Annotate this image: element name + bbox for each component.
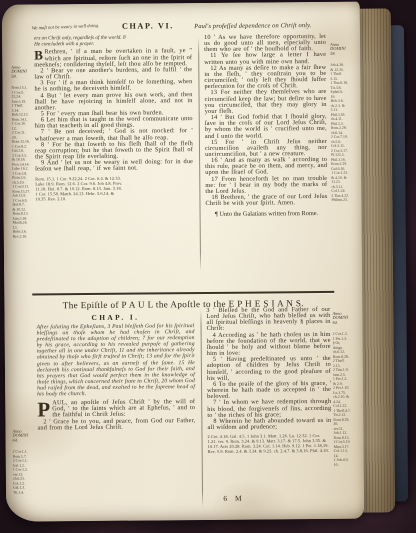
verse-text: Rethren, ' if a man be overtaken in a fa… — [34, 48, 192, 69]
verse-text: AUL, an apoſtle of Jeſus Chriſt ' by the… — [52, 398, 195, 419]
ephesians-right-column: 3 ' Bleſſed be the God and Father of our… — [206, 307, 331, 454]
verse: 17 From henceforth let no man trouble me… — [205, 176, 327, 196]
anno-domini-label: Anno DOMINI 64. — [332, 311, 359, 326]
epistle-colophon: ¶ Unto the Galatians written from Rome. — [206, 210, 328, 218]
running-head-summary: Paul's profeſſed dependence on Chriſt on… — [182, 22, 324, 30]
margin-references: Rom.15.1. 1 Cor.9. 22,24. Jam.5.19. 1 Th… — [11, 86, 34, 239]
anno-domini-label: Anno DOMINI 58. — [330, 42, 357, 57]
running-head-chapter: CHAP. VI. — [122, 21, 174, 30]
verse: 4 According as ' he hath choſen us in hi… — [207, 332, 331, 358]
section-rule — [32, 291, 334, 296]
verse: 2 ' Grace be to you, and peace, from God… — [37, 418, 195, 432]
chapter-argument-tail: ers on Chriſt only, regardleſs of the wo… — [34, 35, 192, 48]
anno-domini-label: Anno DOMINI 64. — [12, 429, 35, 444]
margin-references: Joh.4.36. & 12.35. 1 Theſſ. 5.15. 1 Tim.… — [330, 63, 358, 203]
running-head-left: We muſt not be weary in well doing. — [32, 24, 118, 32]
verse: 9 And ' let us not be weary in well doin… — [35, 159, 193, 173]
ephesians-right-margin: Anno DOMINI 64. 2 Cor.1.3. 1 Pet.1.3. § … — [332, 307, 360, 472]
verse: 13 For neither they themſelves who are c… — [204, 89, 326, 115]
verse: 6 To the praiſe of the glory of his grac… — [207, 381, 331, 401]
verse: 5 ' Having predeſtinated us unto ' the a… — [207, 356, 331, 382]
verse: 12 As many as deſire to make a fair ſhew… — [204, 65, 326, 91]
margin-references: 2 Cor.1.3. 1 Pet.1.3. § Or, things. ch.6… — [333, 332, 361, 467]
galatians-right-column: 10 ' As we have therefore opportunity, l… — [204, 34, 328, 225]
bible-page: We muſt not be weary in well doing. CHAP… — [2, 2, 364, 522]
drop-cap: P — [37, 400, 52, 417]
verse: 16 ' And as many as walk ' according to … — [205, 157, 327, 177]
running-head: We muſt not be weary in well doing. CHAP… — [32, 20, 324, 32]
chapter-heading: CHAP. I. — [36, 312, 194, 322]
photo-scene: We muſt not be weary in well doing. CHAP… — [0, 0, 416, 533]
footnote-references: Rom. 15.1. 1 Cor. 9.22,24. 2 Cor. 6.4. &… — [35, 175, 193, 201]
column-divider — [198, 37, 201, 271]
anno-domini-label: Anno DOMINI 58. — [11, 65, 33, 80]
verse: 8 Wherein he hath abounded toward us in … — [207, 418, 331, 431]
verse: 15 For ' in Chriſt Jeſus neither circumc… — [205, 139, 327, 159]
drop-cap: B — [34, 50, 44, 62]
verse: 4 But ' let every man prove his own work… — [35, 92, 193, 112]
verse: 7 ' In whom we have redemption through h… — [207, 399, 331, 419]
galatians-left-column: ers on Chriſt only, regardleſs of the wo… — [34, 35, 193, 201]
ephesians-left-margin: Anno DOMINI 64. 2 Cor.1.1. Rom.1.7. 2 Co… — [12, 424, 36, 499]
chapter-argument: After ſaluting the Epheſians, 3 Paul ble… — [37, 323, 196, 398]
galatians-right-margin: Anno DOMINI 58. Joh.4.36. & 12.35. 1 The… — [330, 38, 358, 207]
ephesians-left-column: CHAP. I. After ſaluting the Epheſians, 3… — [36, 312, 195, 431]
verse: 18 Brethren, ' the grace of our Lord Jeſ… — [205, 194, 327, 207]
verse: 14 ' But God forbid that I ſhould glory,… — [205, 114, 327, 140]
margin-references: 2 Cor.1.1. Rom.1.7. 2 Cor.1.1. Gal.1.2. … — [13, 450, 36, 495]
verse: PAUL, an apoſtle of Jeſus Chriſt ' by th… — [37, 399, 195, 419]
signature-mark: 6 M — [164, 493, 304, 503]
column-divider — [200, 309, 203, 507]
open-bible-book: We muſt not be weary in well doing. CHAP… — [2, 1, 409, 524]
galatians-left-margin: Anno DOMINI 58. Rom.15.1. 1 Cor.9. 22,24… — [11, 60, 35, 243]
verse: 3 ' Bleſſed be the God and Father of our… — [206, 307, 330, 333]
verse: 10 ' As we have therefore opportunity, l… — [204, 34, 326, 54]
